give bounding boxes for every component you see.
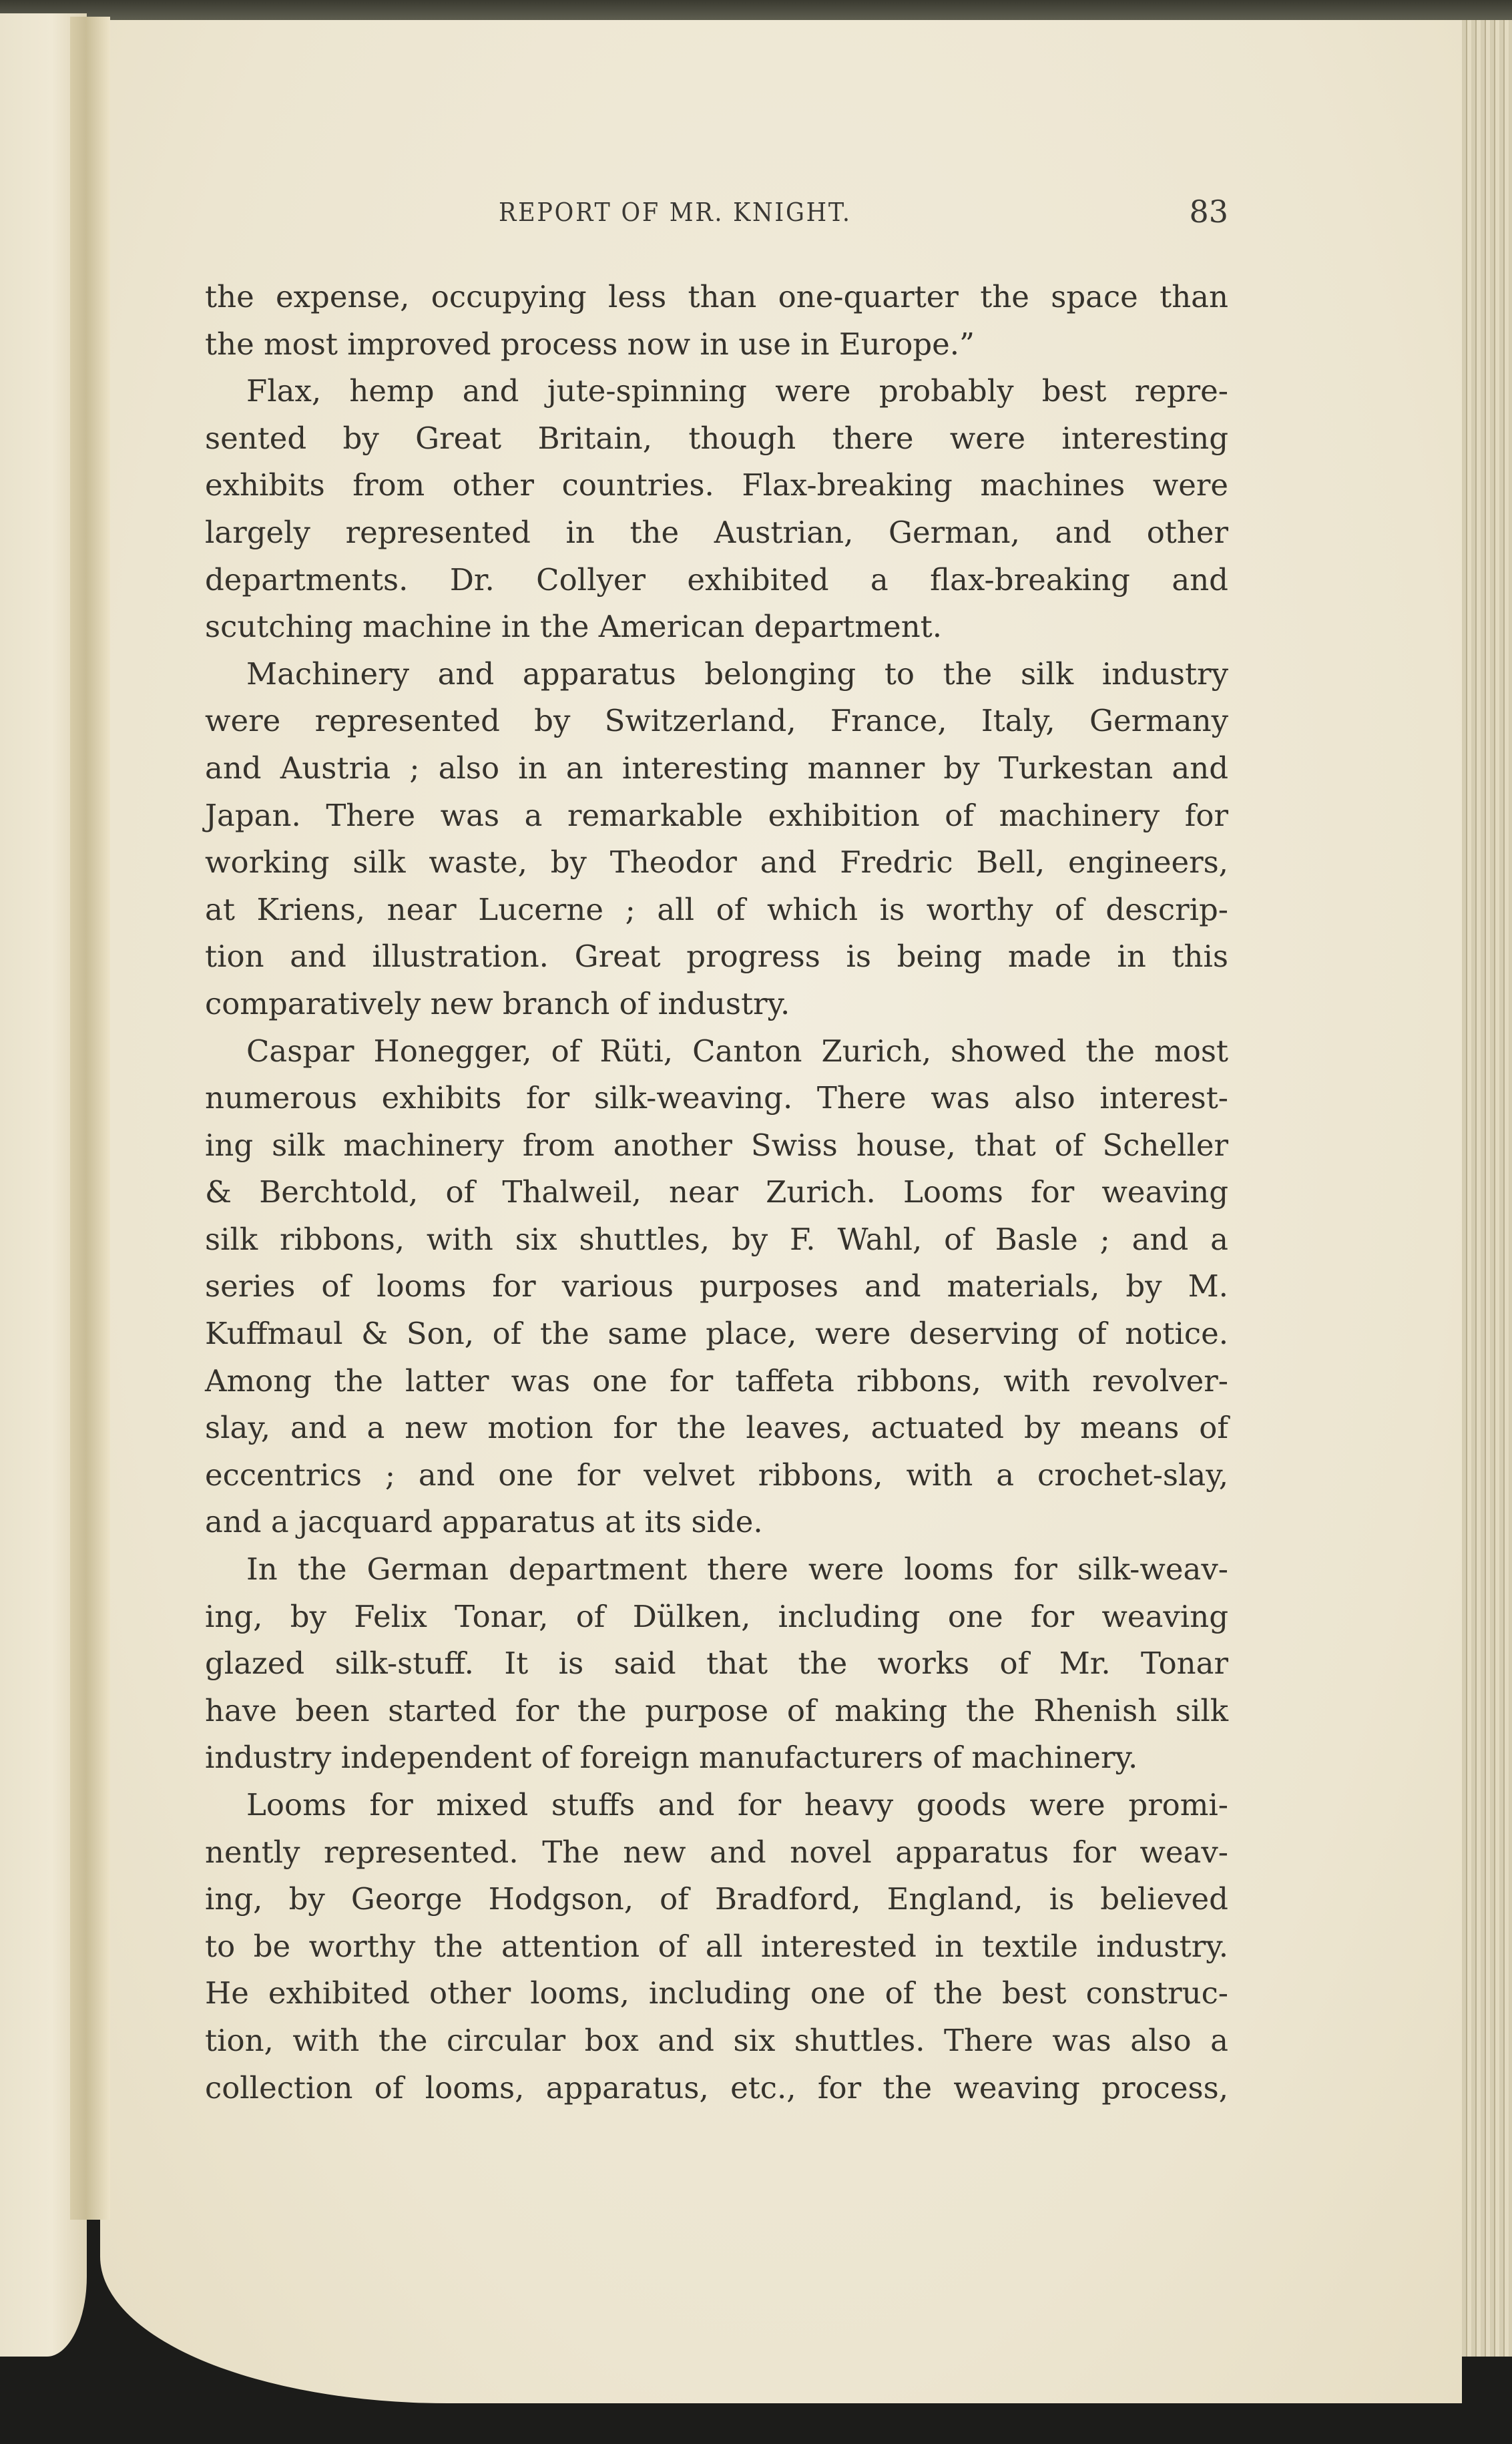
text-line: and Austria ; also in an interesting man… <box>205 745 1228 792</box>
text-line: silk ribbons, with six shuttles, by F. W… <box>205 1216 1228 1264</box>
text-line: to be worthy the attention of all intere… <box>205 1923 1228 1971</box>
text-line: have been started for the purpose of mak… <box>205 1688 1228 1735</box>
page-stack-edge <box>1462 20 1512 2357</box>
text-line: Machinery and apparatus belonging to the… <box>205 651 1228 698</box>
running-head-title: REPORT OF MR. KNIGHT. <box>499 198 852 227</box>
text-line: comparatively new branch of industry. <box>205 981 1228 1028</box>
text-line: In the German department there were loom… <box>205 1546 1228 1594</box>
text-line: working silk waste, by Theodor and Fredr… <box>205 839 1228 887</box>
text-line: glazed silk-stuff. It is said that the w… <box>205 1640 1228 1688</box>
text-line: departments. Dr. Collyer exhibited a fla… <box>205 557 1228 604</box>
text-line: the expense, occupying less than one-qua… <box>205 274 1228 321</box>
text-line: industry independent of foreign manufact… <box>205 1734 1228 1782</box>
text-line: series of looms for various purposes and… <box>205 1263 1228 1310</box>
text-line: Caspar Honegger, of Rüti, Canton Zurich,… <box>205 1028 1228 1075</box>
text-line: slay, and a new motion for the leaves, a… <box>205 1405 1228 1452</box>
text-line: Kuffmaul & Son, of the same place, were … <box>205 1310 1228 1358</box>
running-head: REPORT OF MR. KNIGHT. 83 <box>205 198 1228 238</box>
page-number: 83 <box>1189 194 1228 230</box>
text-line: nently represented. The new and novel ap… <box>205 1829 1228 1877</box>
text-line: tion and illustration. Great progress is… <box>205 933 1228 981</box>
body-text: the expense, occupying less than one-qua… <box>205 274 1228 2112</box>
text-line: He exhibited other looms, including one … <box>205 1970 1228 2017</box>
text-line: collection of looms, apparatus, etc., fo… <box>205 2065 1228 2112</box>
text-line: numerous exhibits for silk-weaving. Ther… <box>205 1075 1228 1122</box>
text-line: ing, by Felix Tonar, of Dülken, includin… <box>205 1594 1228 1641</box>
text-line: and a jacquard apparatus at its side. <box>205 1499 1228 1546</box>
text-line: largely represented in the Austrian, Ger… <box>205 509 1228 557</box>
text-line: & Berchtold, of Thalweil, near Zurich. L… <box>205 1169 1228 1216</box>
text-line: exhibits from other countries. Flax-brea… <box>205 462 1228 509</box>
text-line: eccentrics ; and one for velvet ribbons,… <box>205 1452 1228 1499</box>
text-line: ing, by George Hodgson, of Bradford, Eng… <box>205 1876 1228 1923</box>
text-line: Among the latter was one for taffeta rib… <box>205 1358 1228 1405</box>
text-line: Flax, hemp and jute-spinning were probab… <box>205 368 1228 415</box>
text-line: were represented by Switzerland, France,… <box>205 698 1228 745</box>
text-line: Japan. There was a remarkable exhibition… <box>205 792 1228 840</box>
text-line: ing silk machinery from another Swiss ho… <box>205 1122 1228 1170</box>
text-line: sented by Great Britain, though there we… <box>205 415 1228 463</box>
text-line: tion, with the circular box and six shut… <box>205 2017 1228 2065</box>
text-line: the most improved process now in use in … <box>205 321 1228 369</box>
page-gutter-shadow <box>70 17 110 2220</box>
text-line: Looms for mixed stuffs and for heavy goo… <box>205 1782 1228 1829</box>
text-line: at Kriens, near Lucerne ; all of which i… <box>205 887 1228 934</box>
text-line: scutching machine in the American depart… <box>205 603 1228 651</box>
